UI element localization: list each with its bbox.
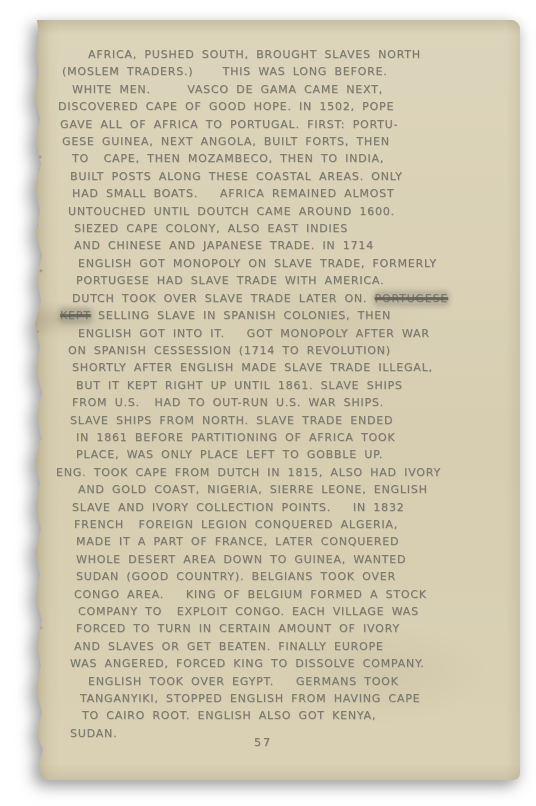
text-segment: FRENCH FOREIGN LEGION CONQUERED ALGERIA, [74, 518, 398, 531]
text-line: (MOSLEM TRADERS.) THIS WAS LONG BEFORE. [62, 63, 512, 80]
text-line: BUILT POSTS ALONG THESE COASTAL AREAS. O… [70, 168, 512, 185]
text-segment: WAS ANGERED, FORCED KING TO DISSOLVE COM… [70, 657, 425, 670]
text-line: SLAVE SHIPS FROM NORTH. SLAVE TRADE ENDE… [70, 412, 512, 429]
text-line: GESE GUINEA, NEXT ANGOLA, BUILT FORTS, T… [62, 133, 512, 150]
text-line: DISCOVERED CAPE OF GOOD HOPE. IN 1502, P… [58, 98, 512, 115]
text-segment: PLACE, WAS ONLY PLACE LEFT TO GOBBLE UP. [76, 448, 383, 461]
text-line: DUTCH TOOK OVER SLAVE TRADE LATER ON. PO… [72, 290, 512, 307]
text-line: KEPT SELLING SLAVE IN SPANISH COLONIES, … [60, 307, 512, 324]
text-segment: BUT IT KEPT RIGHT UP UNTIL 1861. SLAVE S… [76, 379, 403, 392]
scanned-notebook-photo: AFRICA, PUSHED SOUTH, BROUGHT SLAVES NOR… [0, 0, 536, 806]
text-segment: PORTUGESE HAD SLAVE TRADE WITH AMERICA. [76, 274, 384, 287]
text-segment: AND CHINESE AND JAPANESE TRADE. IN 1714 [74, 239, 374, 252]
text-line: TO CAPE, THEN MOZAMBECO, THEN TO INDIA, [72, 150, 512, 167]
text-segment: SLAVE AND IVORY COLLECTION POINTS. IN 18… [72, 501, 404, 514]
text-segment: UNTOUCHED UNTIL DOUTCH CAME AROUND 1600. [68, 205, 395, 218]
text-line: AND CHINESE AND JAPANESE TRADE. IN 1714 [74, 237, 512, 254]
text-line: SLAVE AND IVORY COLLECTION POINTS. IN 18… [72, 499, 512, 516]
page-number: 57 [254, 736, 272, 749]
text-line: PORTUGESE HAD SLAVE TRADE WITH AMERICA. [76, 272, 512, 289]
text-segment: SELLING SLAVE IN SPANISH COLONIES, THEN [91, 309, 391, 322]
text-line: COMPANY TO EXPLOIT CONGO. EACH VILLAGE W… [78, 603, 512, 620]
text-segment: SLAVE SHIPS FROM NORTH. SLAVE TRADE ENDE… [70, 414, 393, 427]
text-line: FROM U.S. HAD TO OUT-RUN U.S. WAR SHIPS. [72, 394, 512, 411]
text-segment: (MOSLEM TRADERS.) THIS WAS LONG BEFORE. [62, 65, 388, 78]
text-line: HAD SMALL BOATS. AFRICA REMAINED ALMOST [72, 185, 512, 202]
text-line: WHOLE DESERT AREA DOWN TO GUINEA, WANTED [76, 551, 512, 568]
text-segment: FORCED TO TURN IN CERTAIN AMOUNT OF IVOR… [76, 622, 400, 635]
text-segment: AFRICA, PUSHED SOUTH, BROUGHT SLAVES NOR… [88, 48, 421, 61]
text-line: AND SLAVES OR GET BEATEN. FINALLY EUROPE [74, 638, 512, 655]
text-segment: TO CAIRO ROOT. ENGLISH ALSO GOT KENYA, [82, 709, 376, 722]
text-segment: MADE IT A PART OF FRANCE, LATER CONQUERE… [76, 535, 399, 548]
text-segment: AND SLAVES OR GET BEATEN. FINALLY EUROPE [74, 640, 384, 653]
text-line: CONGO AREA. KING OF BELGIUM FORMED A STO… [74, 586, 512, 603]
text-segment: SIEZED CAPE COLONY, ALSO EAST INDIES [74, 222, 348, 235]
text-segment: BUILT POSTS ALONG THESE COASTAL AREAS. O… [70, 170, 403, 183]
text-line: ENGLISH TOOK OVER EGYPT. GERMANS TOOK [88, 673, 512, 690]
text-segment: ENG. TOOK CAPE FROM DUTCH IN 1815, ALSO … [56, 466, 441, 479]
text-segment: COMPANY TO EXPLOIT CONGO. EACH VILLAGE W… [78, 605, 419, 618]
text-line: TO CAIRO ROOT. ENGLISH ALSO GOT KENYA, [82, 707, 512, 724]
text-segment: SUDAN (GOOD COUNTRY). BELGIANS TOOK OVER [76, 570, 396, 583]
text-line: GAVE ALL OF AFRICA TO PORTUGAL. FIRST: P… [60, 116, 512, 133]
text-line: ENGLISH GOT MONOPOLY ON SLAVE TRADE, FOR… [78, 255, 512, 272]
text-segment: DISCOVERED CAPE OF GOOD HOPE. IN 1502, P… [58, 100, 394, 113]
text-line: SUDAN. [70, 725, 512, 742]
text-segment: TO CAPE, THEN MOZAMBECO, THEN TO INDIA, [72, 152, 384, 165]
text-line: PLACE, WAS ONLY PLACE LEFT TO GOBBLE UP. [76, 446, 512, 463]
text-line: WAS ANGERED, FORCED KING TO DISSOLVE COM… [70, 655, 512, 672]
text-line: FORCED TO TURN IN CERTAIN AMOUNT OF IVOR… [76, 620, 512, 637]
text-segment: ON SPANISH CESSESSION (1714 TO REVOLUTIO… [68, 344, 391, 357]
text-segment: CONGO AREA. KING OF BELGIUM FORMED A STO… [74, 588, 427, 601]
struck-through-word: KEPT [60, 309, 91, 322]
text-segment: ENGLISH TOOK OVER EGYPT. GERMANS TOOK [88, 675, 399, 688]
torn-left-edge [26, 20, 52, 780]
text-segment: WHITE MEN. VASCO DE GAMA CAME NEXT, [72, 83, 383, 96]
text-segment: ENGLISH GOT INTO IT. GOT MONOPOLY AFTER … [78, 327, 430, 340]
page-shadow-wrap: AFRICA, PUSHED SOUTH, BROUGHT SLAVES NOR… [26, 20, 520, 780]
handwriting-text: AFRICA, PUSHED SOUTH, BROUGHT SLAVES NOR… [56, 46, 512, 742]
text-segment: WHOLE DESERT AREA DOWN TO GUINEA, WANTED [76, 553, 406, 566]
text-line: UNTOUCHED UNTIL DOUTCH CAME AROUND 1600. [68, 203, 512, 220]
text-segment: SUDAN. [70, 727, 117, 740]
text-line: BUT IT KEPT RIGHT UP UNTIL 1861. SLAVE S… [76, 377, 512, 394]
text-segment: GAVE ALL OF AFRICA TO PORTUGAL. FIRST: P… [60, 118, 398, 131]
text-line: MADE IT A PART OF FRANCE, LATER CONQUERE… [76, 533, 512, 550]
text-line: SHORTLY AFTER ENGLISH MADE SLAVE TRADE I… [72, 359, 512, 376]
text-segment: GESE GUINEA, NEXT ANGOLA, BUILT FORTS, T… [62, 135, 390, 148]
struck-through-word: PORTUGESE [375, 292, 449, 305]
text-segment: SHORTLY AFTER ENGLISH MADE SLAVE TRADE I… [72, 361, 433, 374]
text-segment: HAD SMALL BOATS. AFRICA REMAINED ALMOST [72, 187, 394, 200]
text-line: ENGLISH GOT INTO IT. GOT MONOPOLY AFTER … [78, 325, 512, 342]
text-segment: AND GOLD COAST, NIGERIA, SIERRE LEONE, E… [78, 483, 428, 496]
text-segment: DUTCH TOOK OVER SLAVE TRADE LATER ON. [72, 292, 375, 305]
text-line: AND GOLD COAST, NIGERIA, SIERRE LEONE, E… [78, 481, 512, 498]
text-segment: TANGANYIKI, STOPPED ENGLISH FROM HAVING … [80, 692, 420, 705]
text-line: SIEZED CAPE COLONY, ALSO EAST INDIES [74, 220, 512, 237]
notebook-page: AFRICA, PUSHED SOUTH, BROUGHT SLAVES NOR… [26, 20, 520, 780]
text-line: ON SPANISH CESSESSION (1714 TO REVOLUTIO… [68, 342, 512, 359]
text-line: TANGANYIKI, STOPPED ENGLISH FROM HAVING … [80, 690, 512, 707]
text-segment: IN 1861 BEFORE PARTITIONING OF AFRICA TO… [76, 431, 395, 444]
text-line: ENG. TOOK CAPE FROM DUTCH IN 1815, ALSO … [56, 464, 512, 481]
text-line: WHITE MEN. VASCO DE GAMA CAME NEXT, [72, 81, 512, 98]
text-line: SUDAN (GOOD COUNTRY). BELGIANS TOOK OVER [76, 568, 512, 585]
text-segment: ENGLISH GOT MONOPOLY ON SLAVE TRADE, FOR… [78, 257, 437, 270]
text-line: IN 1861 BEFORE PARTITIONING OF AFRICA TO… [76, 429, 512, 446]
text-line: AFRICA, PUSHED SOUTH, BROUGHT SLAVES NOR… [88, 46, 512, 63]
text-segment: FROM U.S. HAD TO OUT-RUN U.S. WAR SHIPS. [72, 396, 384, 409]
text-line: FRENCH FOREIGN LEGION CONQUERED ALGERIA, [74, 516, 512, 533]
